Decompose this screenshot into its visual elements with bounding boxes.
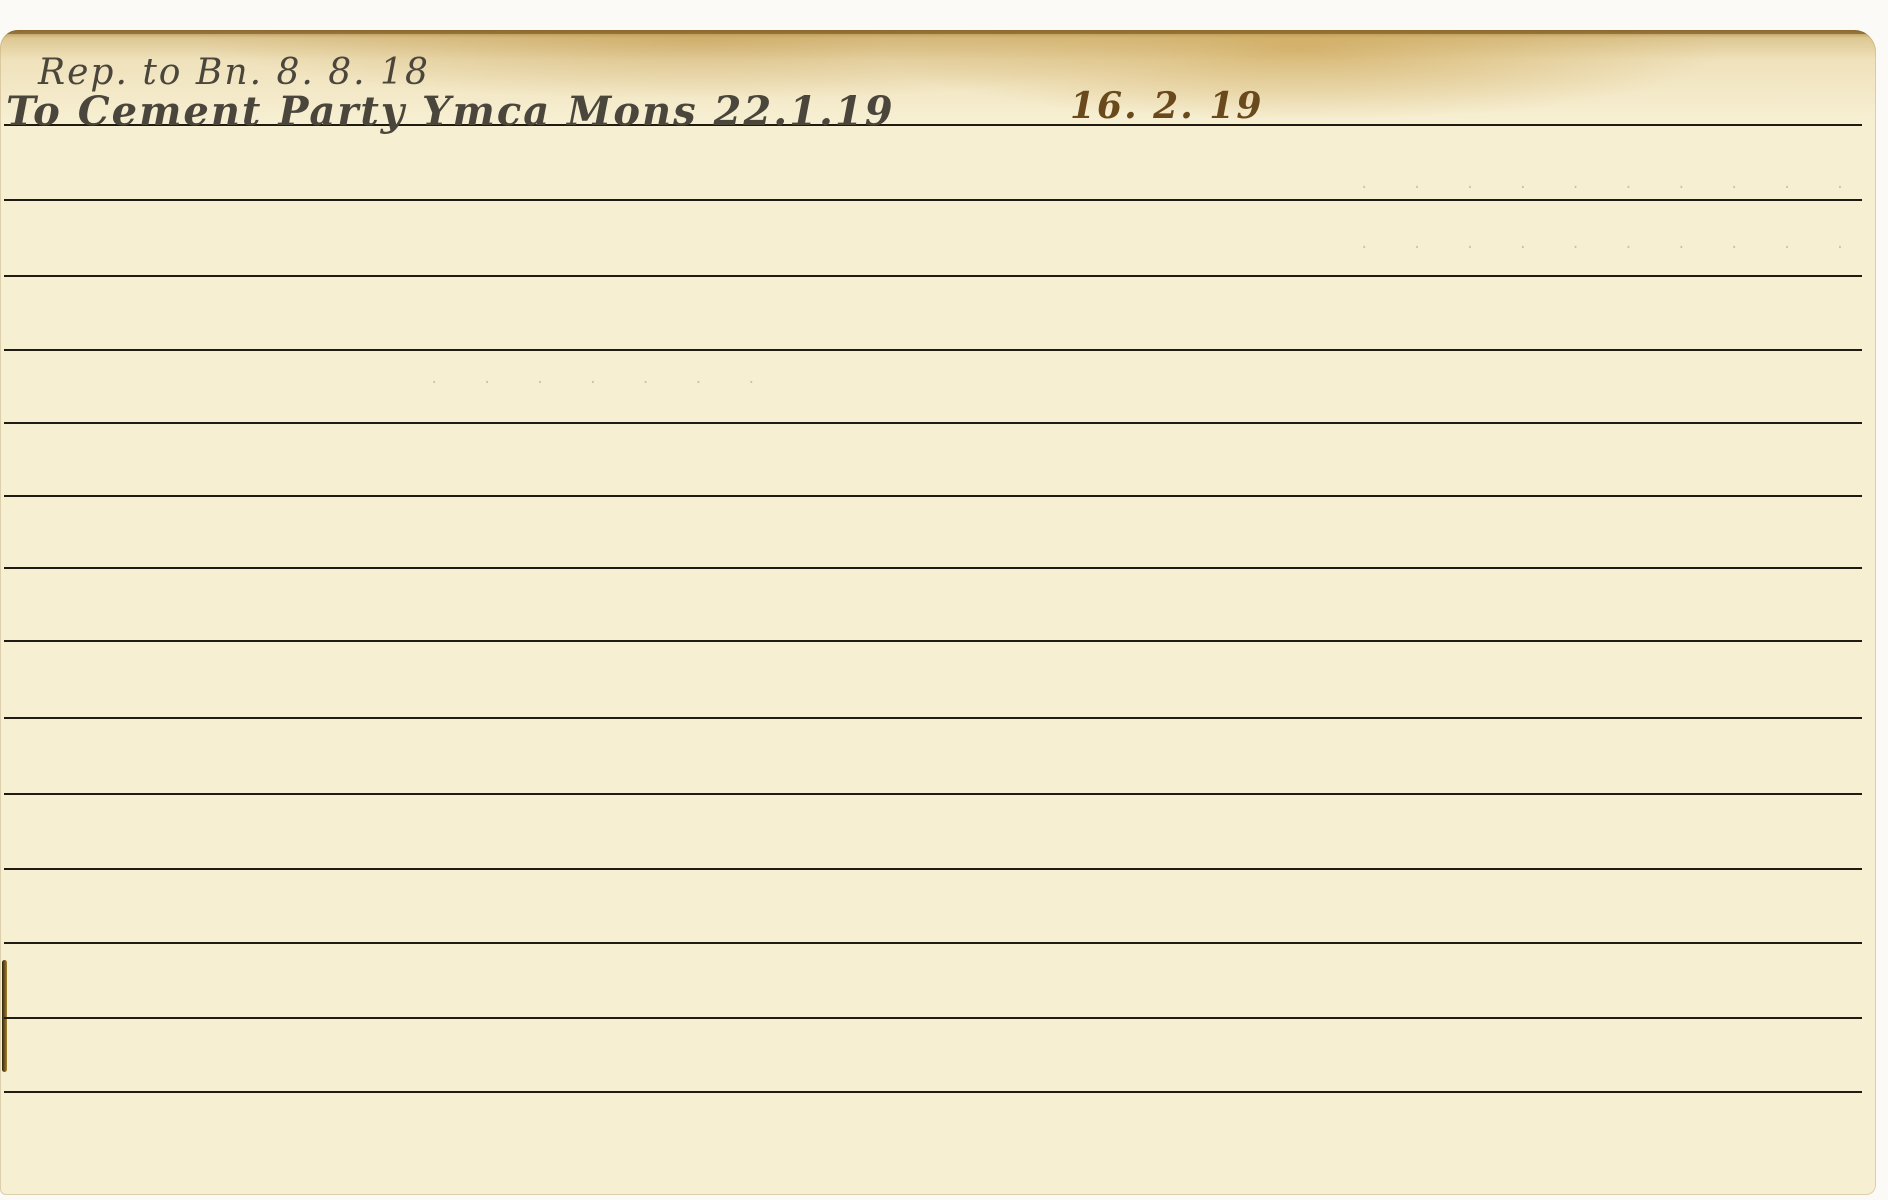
handwritten-note-line2: To Cement Party Ymca Mons 22.1.19 — [6, 88, 895, 135]
show-through-dots: · · · · · · · · · · — [1360, 180, 1862, 196]
ruled-line — [4, 422, 1862, 424]
show-through-dots: · · · · · · · · · · — [1360, 240, 1862, 256]
handwritten-date-ink: 16. 2. 19 — [1070, 85, 1263, 127]
ruled-line — [4, 349, 1862, 351]
ruled-line — [4, 942, 1862, 944]
edge-mark — [2, 960, 7, 1072]
ruled-line — [4, 1017, 1862, 1019]
ruled-line — [4, 717, 1862, 719]
ruled-line — [4, 495, 1862, 497]
ruled-line — [4, 199, 1862, 201]
show-through-dots: · · · · · · · — [430, 375, 774, 391]
card-top-edge — [0, 30, 1876, 34]
handwritten-note-line1: Rep. to Bn. 8. 8. 18 — [38, 52, 430, 93]
ruled-line — [4, 567, 1862, 569]
ruled-line — [4, 640, 1862, 642]
ruled-line — [4, 793, 1862, 795]
ruled-line — [4, 1091, 1862, 1093]
index-card: · · · · · · · · · · · · · · · · · · · · … — [0, 30, 1876, 1195]
ruled-line — [4, 868, 1862, 870]
ruled-line — [4, 275, 1862, 277]
